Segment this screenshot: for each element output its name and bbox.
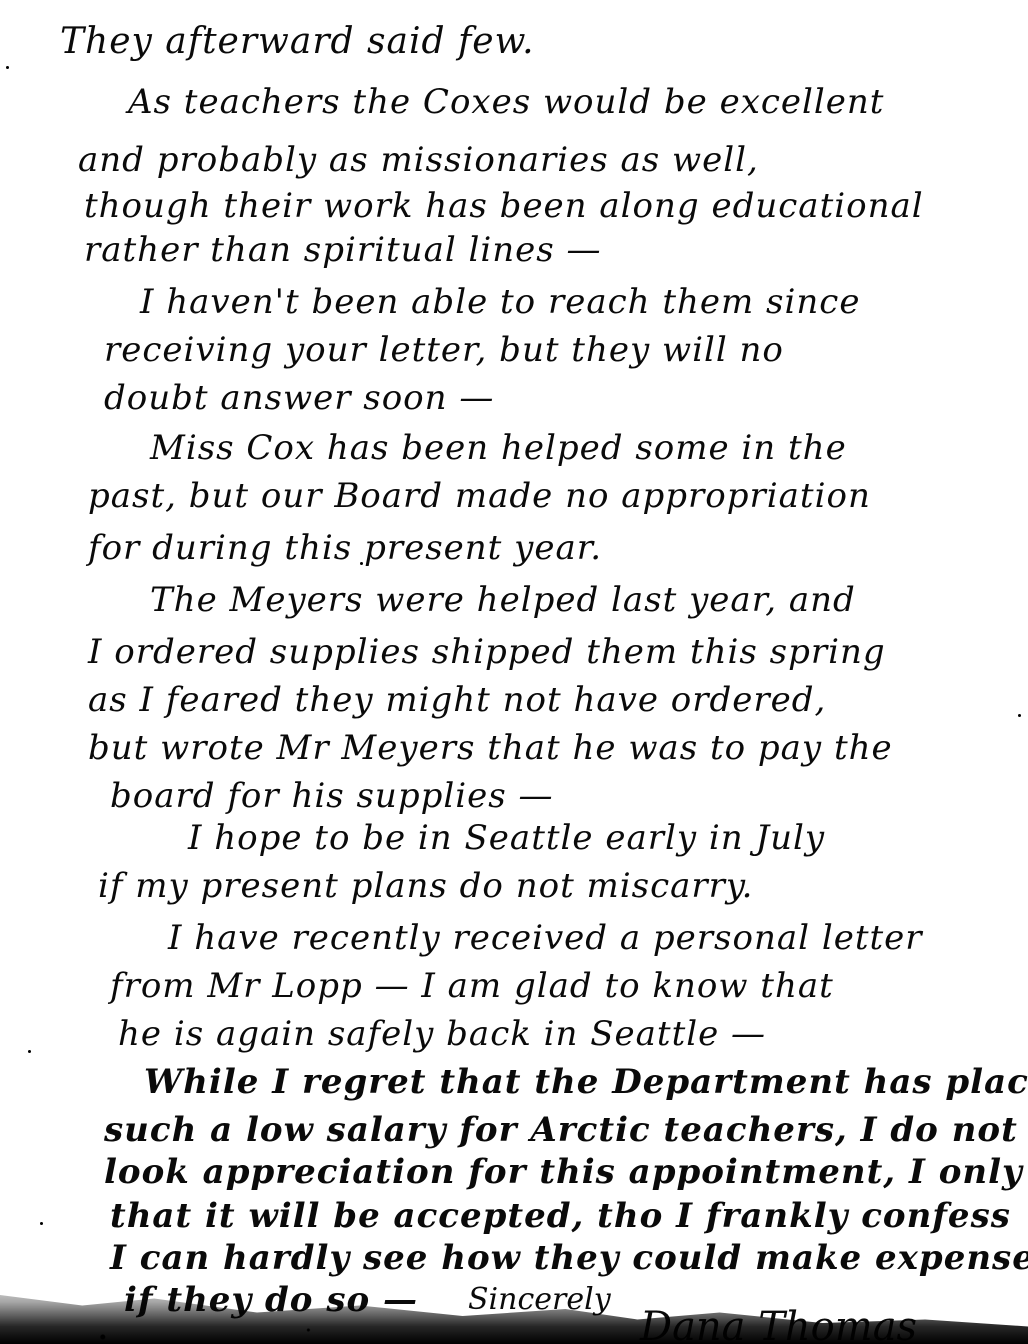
letter-line-15: but wrote Mr Meyers that he was to pay t… (88, 728, 893, 768)
letter-line-16: board for his supplies — (110, 776, 553, 816)
letter-line-1: They afterward said few. (60, 22, 535, 62)
letter-line-3: and probably as missionaries as well, (78, 140, 759, 180)
letter-line-22: While I regret that the Department has p… (144, 1062, 1028, 1102)
letter-line-13: I ordered supplies shipped them this spr… (88, 632, 886, 672)
letter-line-18: if my present plans do not miscarry. (98, 866, 753, 906)
letter-line-23: such a low salary for Arctic teachers, I… (104, 1110, 1018, 1150)
letter-line-26: I can hardly see how they could make exp… (110, 1238, 1028, 1278)
letter-page: They afterward said few. As teachers the… (0, 0, 1028, 1344)
letter-line-25: that it will be accepted, tho I frankly … (110, 1196, 1011, 1236)
letter-line-10: past, but our Board made no appropriatio… (88, 476, 871, 516)
letter-line-14: as I feared they might not have ordered, (88, 680, 826, 720)
letter-line-9: Miss Cox has been helped some in the (150, 428, 847, 468)
scan-speck (1018, 714, 1021, 717)
letter-line-11: for during this present year. (88, 528, 602, 568)
letter-line-8: doubt answer soon — (104, 378, 494, 418)
letter-line-21: he is again safely back in Seattle — (118, 1014, 766, 1054)
letter-line-12: The Meyers were helped last year, and (150, 580, 856, 620)
letter-line-4: though their work has been along educati… (84, 186, 924, 226)
letter-line-24: look appreciation for this appointment, … (104, 1152, 1028, 1192)
letter-line-2: As teachers the Coxes would be excellent (128, 82, 884, 122)
letter-line-17: I hope to be in Seattle early in July (188, 818, 825, 858)
scan-speck (28, 1050, 31, 1053)
letter-line-19: I have recently received a personal lett… (168, 918, 923, 958)
letter-line-5: rather than spiritual lines — (84, 230, 602, 270)
letter-line-6: I haven't been able to reach them since (140, 282, 860, 322)
letter-line-7: receiving your letter, but they will no (104, 330, 784, 370)
scan-speck (6, 66, 9, 69)
scan-speck (40, 1222, 43, 1225)
letter-line-20: from Mr Lopp — I am glad to know that (110, 966, 834, 1006)
scan-speck (360, 562, 363, 565)
